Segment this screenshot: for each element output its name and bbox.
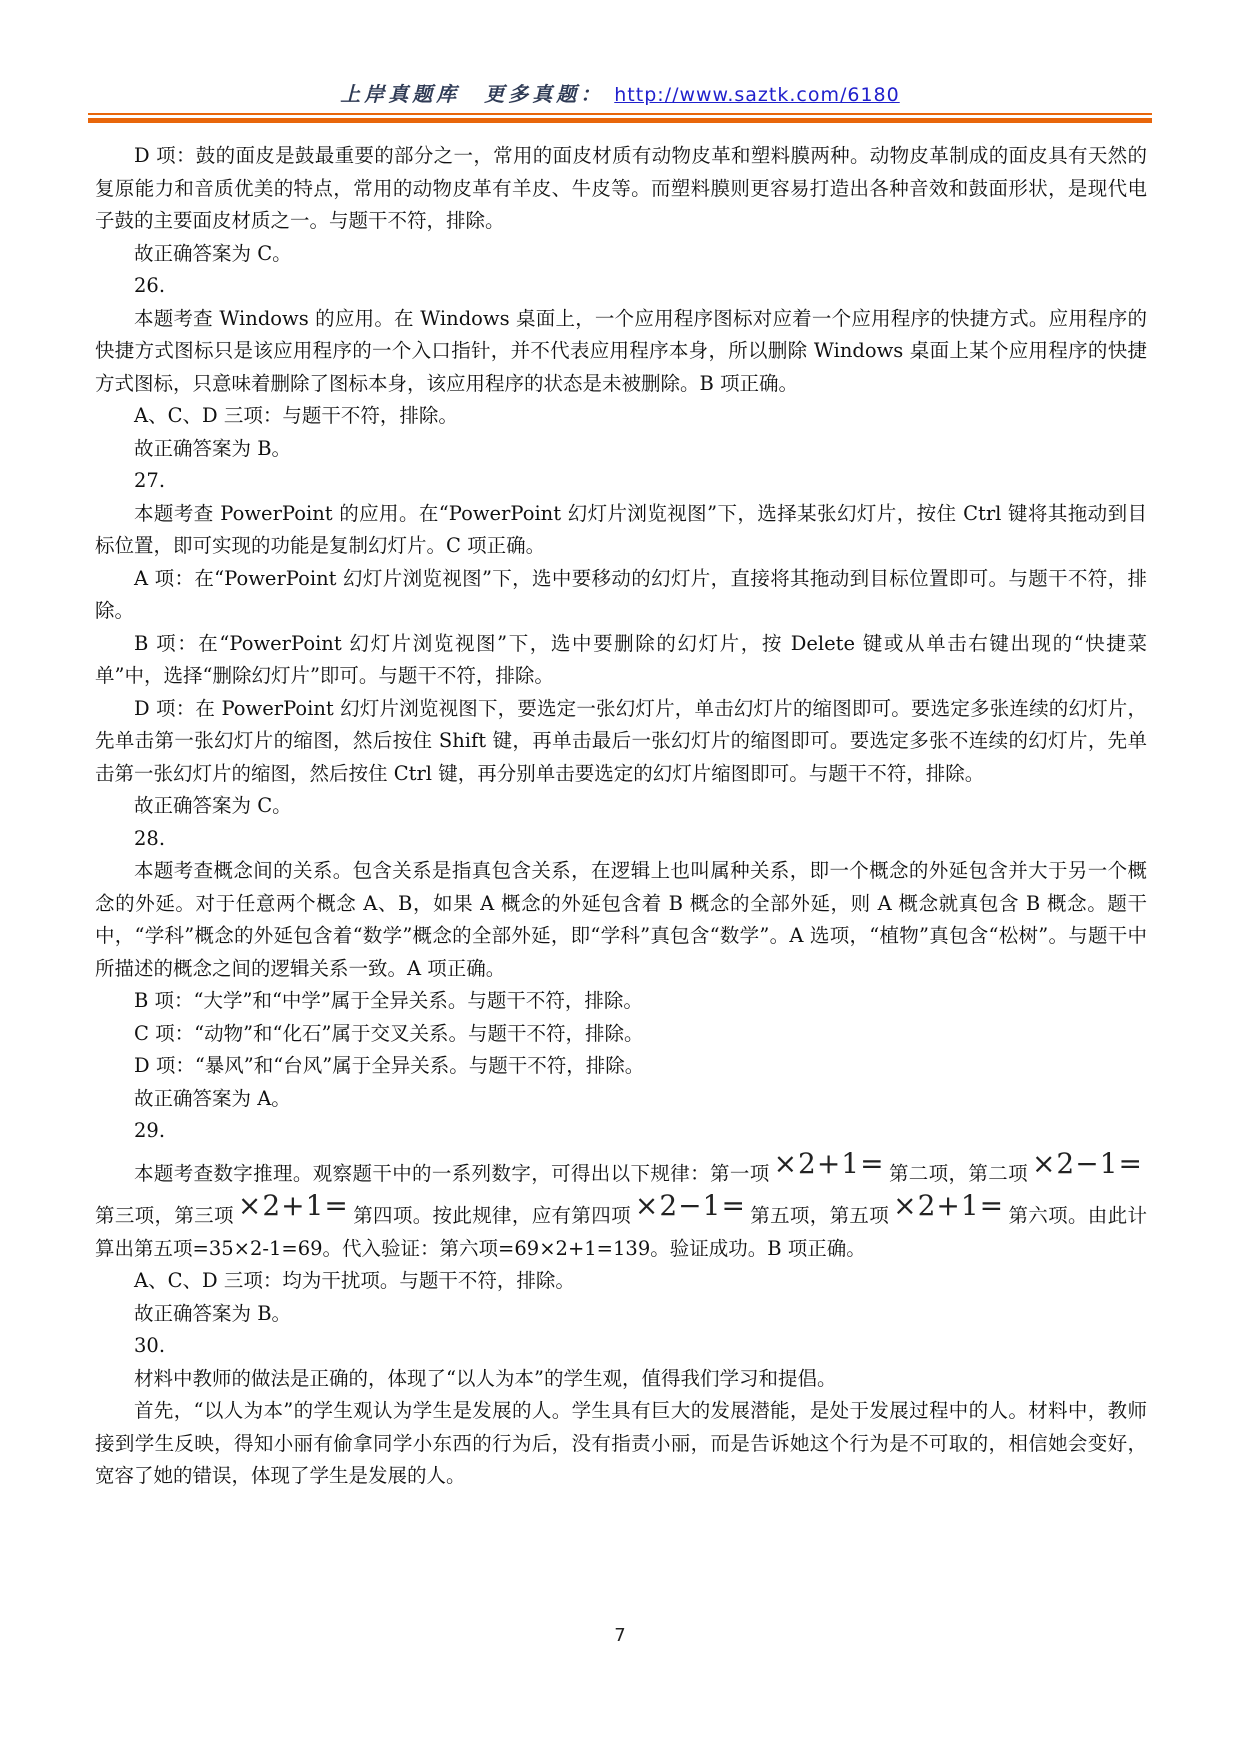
option-b-explanation-q27: B 项：在“PowerPoint 幻灯片浏览视图”下，选中要删除的幻灯片，按 D…	[95, 628, 1147, 693]
text-run: 材料中教师的做法是正确的，体现了“以人为本”的学生观，值得我们学习和提倡。	[134, 1367, 836, 1390]
section-number-26: 26.	[95, 270, 1147, 303]
answer-line-q25: 故正确答案为 C。	[95, 238, 1147, 271]
text-run: 故正确答案为 C。	[134, 794, 292, 817]
explanation-q26: 本题考查 Windows 的应用。在 Windows 桌面上，一个应用程序图标对…	[95, 303, 1147, 401]
section-number-30: 30.	[95, 1330, 1147, 1363]
orange-rule-thin	[88, 113, 1152, 115]
answer-line-q28: 故正确答案为 A。	[95, 1083, 1147, 1116]
text-run: B 项：在“PowerPoint 幻灯片浏览视图”下，选中要删除的幻灯片，按 D…	[95, 632, 1147, 688]
conclusion-q30: 材料中教师的做法是正确的，体现了“以人为本”的学生观，值得我们学习和提倡。	[95, 1363, 1147, 1396]
page-header: 上岸真题库 更多真题：http://www.saztk.com/6180	[0, 82, 1240, 107]
text-run: 29.	[134, 1119, 165, 1142]
answer-line-q26: 故正确答案为 B。	[95, 433, 1147, 466]
math-formula: ×2−1=	[631, 1189, 750, 1222]
text-run: 故正确答案为 B。	[134, 437, 291, 460]
document-page: 上岸真题库 更多真题：http://www.saztk.com/6180 D 项…	[0, 0, 1240, 1754]
option-b-explanation-q28: B 项：“大学”和“中学”属于全异关系。与题干不符，排除。	[95, 985, 1147, 1018]
text-run: D 项：鼓的面皮是鼓最重要的部分之一，常用的面皮材质有动物皮革和塑料膜两种。动物…	[95, 144, 1147, 232]
explanation-q27: 本题考查 PowerPoint 的应用。在“PowerPoint 幻灯片浏览视图…	[95, 498, 1147, 563]
page-footer: 7	[0, 1625, 1240, 1646]
text-run: 第三项，第三项	[95, 1204, 234, 1227]
option-d-explanation-q28: D 项：“暴风”和“台风”属于全异关系。与题干不符，排除。	[95, 1050, 1147, 1083]
answer-line-q29: 故正确答案为 B。	[95, 1298, 1147, 1331]
text-run: A、C、D 三项：与题干不符，排除。	[134, 404, 458, 427]
section-number-29: 29.	[95, 1115, 1147, 1148]
header-double-rule	[88, 113, 1152, 123]
text-run: 28.	[134, 827, 165, 850]
option-d-explanation-q25: D 项：鼓的面皮是鼓最重要的部分之一，常用的面皮材质有动物皮革和塑料膜两种。动物…	[95, 140, 1147, 238]
other-options-q26: A、C、D 三项：与题干不符，排除。	[95, 400, 1147, 433]
text-run: A、C、D 三项：均为干扰项。与题干不符，排除。	[134, 1269, 575, 1292]
text-run: 首先，“以人为本”的学生观认为学生是发展的人。学生具有巨大的发展潜能，是处于发展…	[95, 1399, 1147, 1487]
text-run: 本题考查数字推理。观察题干中的一系列数字，可得出以下规律：第一项	[134, 1162, 770, 1185]
section-number-27: 27.	[95, 465, 1147, 498]
math-formula: ×2−1=	[1028, 1147, 1147, 1180]
explanation-q29: 本题考查数字推理。观察题干中的一系列数字，可得出以下规律：第一项×2+1=第二项…	[95, 1148, 1147, 1266]
text-run: 故正确答案为 B。	[134, 1302, 291, 1325]
text-run: D 项：在 PowerPoint 幻灯片浏览视图下，要选定一张幻灯片，单击幻灯片…	[95, 697, 1147, 785]
answer-line-q27: 故正确答案为 C。	[95, 790, 1147, 823]
page-number: 7	[614, 1625, 625, 1646]
text-run: 30.	[134, 1334, 165, 1357]
text-run: 本题考查 Windows 的应用。在 Windows 桌面上，一个应用程序图标对…	[95, 307, 1147, 395]
text-run: 第五项，第五项	[750, 1204, 889, 1227]
other-options-q29: A、C、D 三项：均为干扰项。与题干不符，排除。	[95, 1265, 1147, 1298]
option-d-explanation-q27: D 项：在 PowerPoint 幻灯片浏览视图下，要选定一张幻灯片，单击幻灯片…	[95, 693, 1147, 791]
header-brand-text: 上岸真题库 更多真题：	[340, 82, 604, 106]
text-run: 本题考查 PowerPoint 的应用。在“PowerPoint 幻灯片浏览视图…	[95, 502, 1147, 558]
text-run: A 项：在“PowerPoint 幻灯片浏览视图”下，选中要移动的幻灯片，直接将…	[95, 567, 1147, 623]
text-run: 26.	[134, 274, 165, 297]
text-run: D 项：“暴风”和“台风”属于全异关系。与题干不符，排除。	[134, 1054, 644, 1077]
text-run: 故正确答案为 C。	[134, 242, 292, 265]
text-run: 第二项，第二项	[889, 1162, 1028, 1185]
analysis-q30: 首先，“以人为本”的学生观认为学生是发展的人。学生具有巨大的发展潜能，是处于发展…	[95, 1395, 1147, 1493]
text-run: C 项：“动物”和“化石”属于交叉关系。与题干不符，排除。	[134, 1022, 644, 1045]
document-body: D 项：鼓的面皮是鼓最重要的部分之一，常用的面皮材质有动物皮革和塑料膜两种。动物…	[95, 140, 1147, 1493]
math-formula: ×2+1=	[889, 1189, 1008, 1222]
math-formula: ×2+1=	[770, 1147, 889, 1180]
math-formula: ×2+1=	[234, 1189, 353, 1222]
text-run: 27.	[134, 469, 165, 492]
explanation-q28: 本题考查概念间的关系。包含关系是指真包含关系，在逻辑上也叫属种关系，即一个概念的…	[95, 855, 1147, 985]
text-run: B 项：“大学”和“中学”属于全异关系。与题干不符，排除。	[134, 989, 643, 1012]
header-link[interactable]: http://www.saztk.com/6180	[614, 84, 899, 106]
text-run: 故正确答案为 A。	[134, 1087, 291, 1110]
section-number-28: 28.	[95, 823, 1147, 856]
text-run: 第四项。按此规律，应有第四项	[353, 1204, 631, 1227]
text-run: 本题考查概念间的关系。包含关系是指真包含关系，在逻辑上也叫属种关系，即一个概念的…	[95, 859, 1147, 980]
option-a-explanation-q27: A 项：在“PowerPoint 幻灯片浏览视图”下，选中要移动的幻灯片，直接将…	[95, 563, 1147, 628]
orange-rule-thick	[88, 118, 1152, 123]
option-c-explanation-q28: C 项：“动物”和“化石”属于交叉关系。与题干不符，排除。	[95, 1018, 1147, 1051]
